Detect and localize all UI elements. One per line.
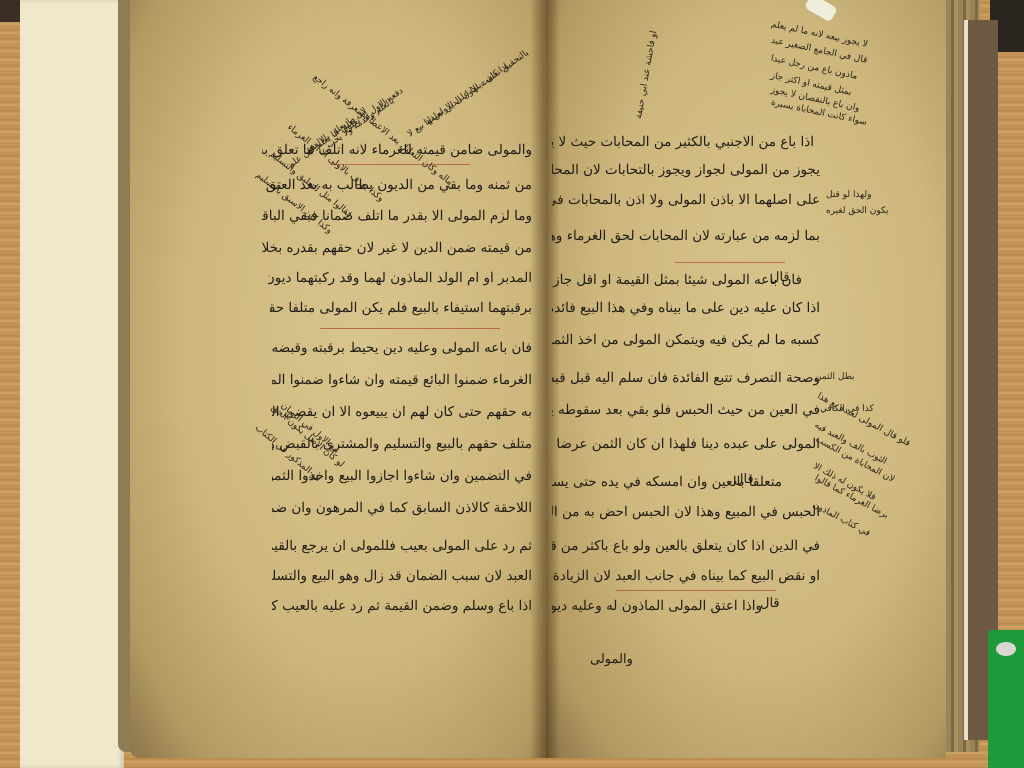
text-line: اللاحقة كالاذن السابق كما في المرهون وان… (272, 500, 532, 516)
text-line: من قيمته ضمن الدين لا غير لان حقهم بقدره… (262, 240, 532, 256)
green-box (988, 630, 1024, 768)
text-line: على اصلهما الا باذن المولى ولا اذن بالمح… (552, 192, 820, 208)
catchword: والمولى (590, 652, 633, 667)
rubric-qala: قال (760, 596, 780, 611)
text-line: اذا باع من الاجنبي بالكثير من المحابات ح… (552, 134, 814, 150)
flyleaf-paper (20, 0, 124, 768)
text-line: ثم رد على المولى بعيب فللمولى ان يرجع با… (272, 538, 532, 554)
text-line: كسبه ما لم يكن فيه ويتمكن المولى من اخذ … (552, 332, 820, 348)
red-rule (330, 164, 470, 165)
text-line: اذا باع وسلم وضمن القيمة ثم رد عليه بالع… (272, 598, 532, 614)
rubric-qala: قال (770, 270, 790, 285)
marginal-note: يكون الحق لغيره (826, 206, 889, 217)
text-line: المولى على عبده دينا فلهذا ان كان الثمن … (552, 436, 820, 452)
red-rule (616, 590, 776, 591)
text-line: الغرماء ضمنوا البائع قيمته وان شاءوا ضمن… (272, 372, 532, 388)
text-line: المدبر او ام الولد الماذون لهما وقد ركبت… (268, 270, 532, 286)
text-line: في الدين اذا كان يتعلق بالعين ولو باع با… (552, 538, 820, 554)
text-line: فان باعه المولى وعليه دين يحيط برقبته وق… (272, 340, 532, 356)
text-line: في العين من حيث الحبس فلو بقي بعد سقوطه … (552, 402, 820, 418)
background-corner (0, 0, 22, 22)
marginal-note: ولهذا لو قتل (826, 190, 871, 201)
text-line: اذا كان عليه دين على ما بيناه وفي هذا ال… (552, 300, 820, 316)
text-line: الحبس في المبيع وهذا لان الحبس احض به من… (552, 504, 820, 520)
text-line: يجوز من المولى لجواز ويجوز بالتحابات لان… (552, 162, 820, 178)
text-line: به حقهم حتى كان لهم ان يبيعوه الا ان يقض… (272, 404, 532, 420)
text-line: بما لزمه من عبارته لان المحابات لحق الغر… (552, 228, 820, 244)
rubric-qala: قال (734, 472, 754, 487)
text-line: العبد لان سبب الضمان قد زال وهو البيع وا… (272, 568, 532, 584)
text-line: او نقض البيع كما بيناه في جانب العبد لان… (552, 568, 820, 584)
red-rule (320, 328, 500, 329)
red-rule (675, 262, 785, 263)
text-line: فان باعه المولى شيئا بمثل القيمة او اقل … (552, 272, 802, 288)
text-line: برقبتهما استيفاء بالبيع فلم يكن المولى م… (270, 300, 532, 316)
text-line: واذا اعتق المولى الماذون له وعليه ديون ف… (552, 598, 762, 614)
marginal-note: بطل الثمن (815, 372, 855, 383)
text-line: وصحة التصرف تتبع الفائدة فان سلم اليه قب… (552, 370, 820, 386)
